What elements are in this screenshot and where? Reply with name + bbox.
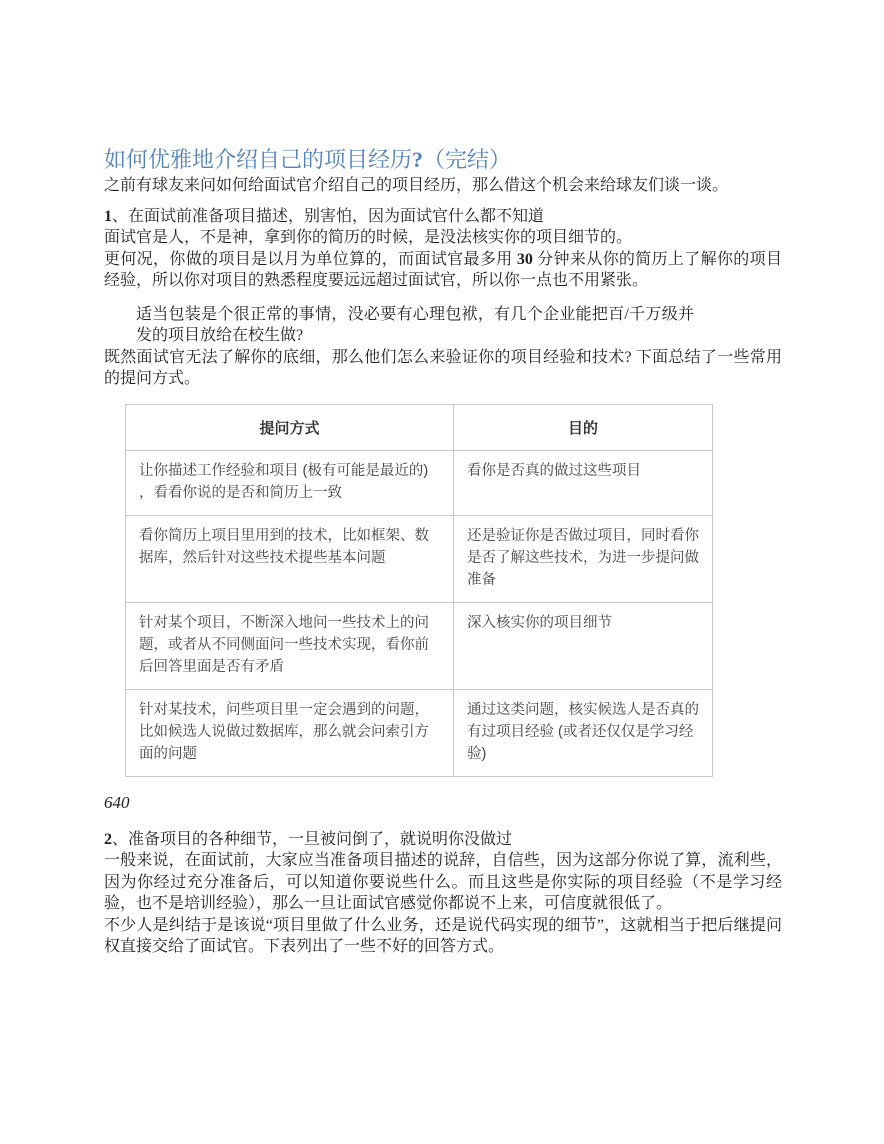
article-content: 如何优雅地介绍自己的项目经历?（完结） 之前有球友来问如何给面试官介绍自己的项目… — [0, 0, 884, 958]
paragraph-verification-methods: 既然面试官无法了解你的底细，那么他们怎么来验证你的项目经验和技术? 下面总结了一… — [104, 347, 782, 390]
table-header-question-style: 提问方式 — [126, 404, 454, 450]
table-cell-purpose: 还是验证你是否做过项目，同时看你是否了解这些技术，为进一步提问做准备 — [454, 515, 713, 602]
section-2-heading: 2、准备项目的各种细节，一旦被问倒了，就说明你没做过 — [104, 829, 782, 851]
table-cell-question: 针对某个项目，不断深入地问一些技术上的问题，或者从不同侧面问一些技术实现，看你前… — [126, 602, 454, 689]
article-title-question-mark: ? — [412, 147, 423, 172]
section-2-heading-text: 、准备项目的各种细节，一旦被问倒了，就说明你没做过 — [112, 831, 512, 848]
image-caption-640: 640 — [104, 792, 782, 814]
thirty-number: 30 — [517, 251, 533, 268]
paragraph-intro: 之前有球友来问如何给面试官介绍自己的项目经历，那么借这个机会来给球友们谈一谈。 — [104, 175, 782, 197]
table-header-purpose: 目的 — [454, 404, 713, 450]
table-row: 针对某个项目，不断深入地问一些技术上的问题，或者从不同侧面问一些技术实现，看你前… — [126, 602, 713, 689]
table-cell-question: 让你描述工作经验和项目 (极有可能是最近的) ，看看你说的是否和简历上一致 — [126, 450, 454, 515]
paragraph-thirty-minutes: 更何况，你做的项目是以月为单位算的，而面试官最多用 30 分钟来从你的简历上了解… — [104, 249, 782, 292]
question-methods-table: 提问方式 目的 让你描述工作经验和项目 (极有可能是最近的) ，看看你说的是否和… — [125, 404, 713, 777]
table-cell-purpose: 通过这类问题，核实候选人是否真的有过项目经验 (或者还仅仅是学习经验) — [454, 689, 713, 776]
article-title-text: 如何优雅地介绍自己的项目经历 — [104, 147, 412, 172]
table-cell-question: 看你简历上项目里用到的技术，比如框架、数据库，然后针对这些技术提些基本问题 — [126, 515, 454, 602]
article-title-suffix: （完结） — [423, 147, 511, 172]
document-page: 如何优雅地介绍自己的项目经历?（完结） 之前有球友来问如何给面试官介绍自己的项目… — [0, 0, 884, 1144]
paragraph-bad-answer-intro: 不少人是纠结于是该说“项目里做了什么业务，还是说代码实现的细节”，这就相当于把后… — [104, 915, 782, 958]
section-1-heading-text: 、在面试前准备项目描述，别害怕，因为面试官什么都不知道 — [112, 208, 544, 225]
table-row: 让你描述工作经验和项目 (极有可能是最近的) ，看看你说的是否和简历上一致 看你… — [126, 450, 713, 515]
paragraph-interviewer-is-human: 面试官是人，不是神，拿到你的简历的时候，是没法核实你的项目细节的。 — [104, 227, 782, 249]
blockquote-packaging: 适当包装是个很正常的事情，没必要有心理包袱，有几个企业能把百/千万级并发的项目放… — [136, 304, 694, 347]
section-2-number: 2 — [104, 831, 112, 848]
paragraph-prepare-details: 一般来说，在面试前，大家应当准备项目描述的说辞，自信些，因为这部分你说了算，流利… — [104, 850, 782, 915]
table-cell-purpose: 深入核实你的项目细节 — [454, 602, 713, 689]
table-row: 看你简历上项目里用到的技术，比如框架、数据库，然后针对这些技术提些基本问题 还是… — [126, 515, 713, 602]
table-cell-question: 针对某技术，问些项目里一定会遇到的问题，比如候选人说做过数据库，那么就会问索引方… — [126, 689, 454, 776]
paragraph-thirty-minutes-before: 更何况，你做的项目是以月为单位算的，而面试官最多用 — [104, 251, 517, 268]
table-header-row: 提问方式 目的 — [126, 404, 713, 450]
table-cell-purpose: 看你是否真的做过这些项目 — [454, 450, 713, 515]
section-1-number: 1 — [104, 208, 112, 225]
table-row: 针对某技术，问些项目里一定会遇到的问题，比如候选人说做过数据库，那么就会问索引方… — [126, 689, 713, 776]
section-1-heading: 1、在面试前准备项目描述，别害怕，因为面试官什么都不知道 — [104, 206, 782, 228]
article-title: 如何优雅地介绍自己的项目经历?（完结） — [104, 145, 782, 175]
